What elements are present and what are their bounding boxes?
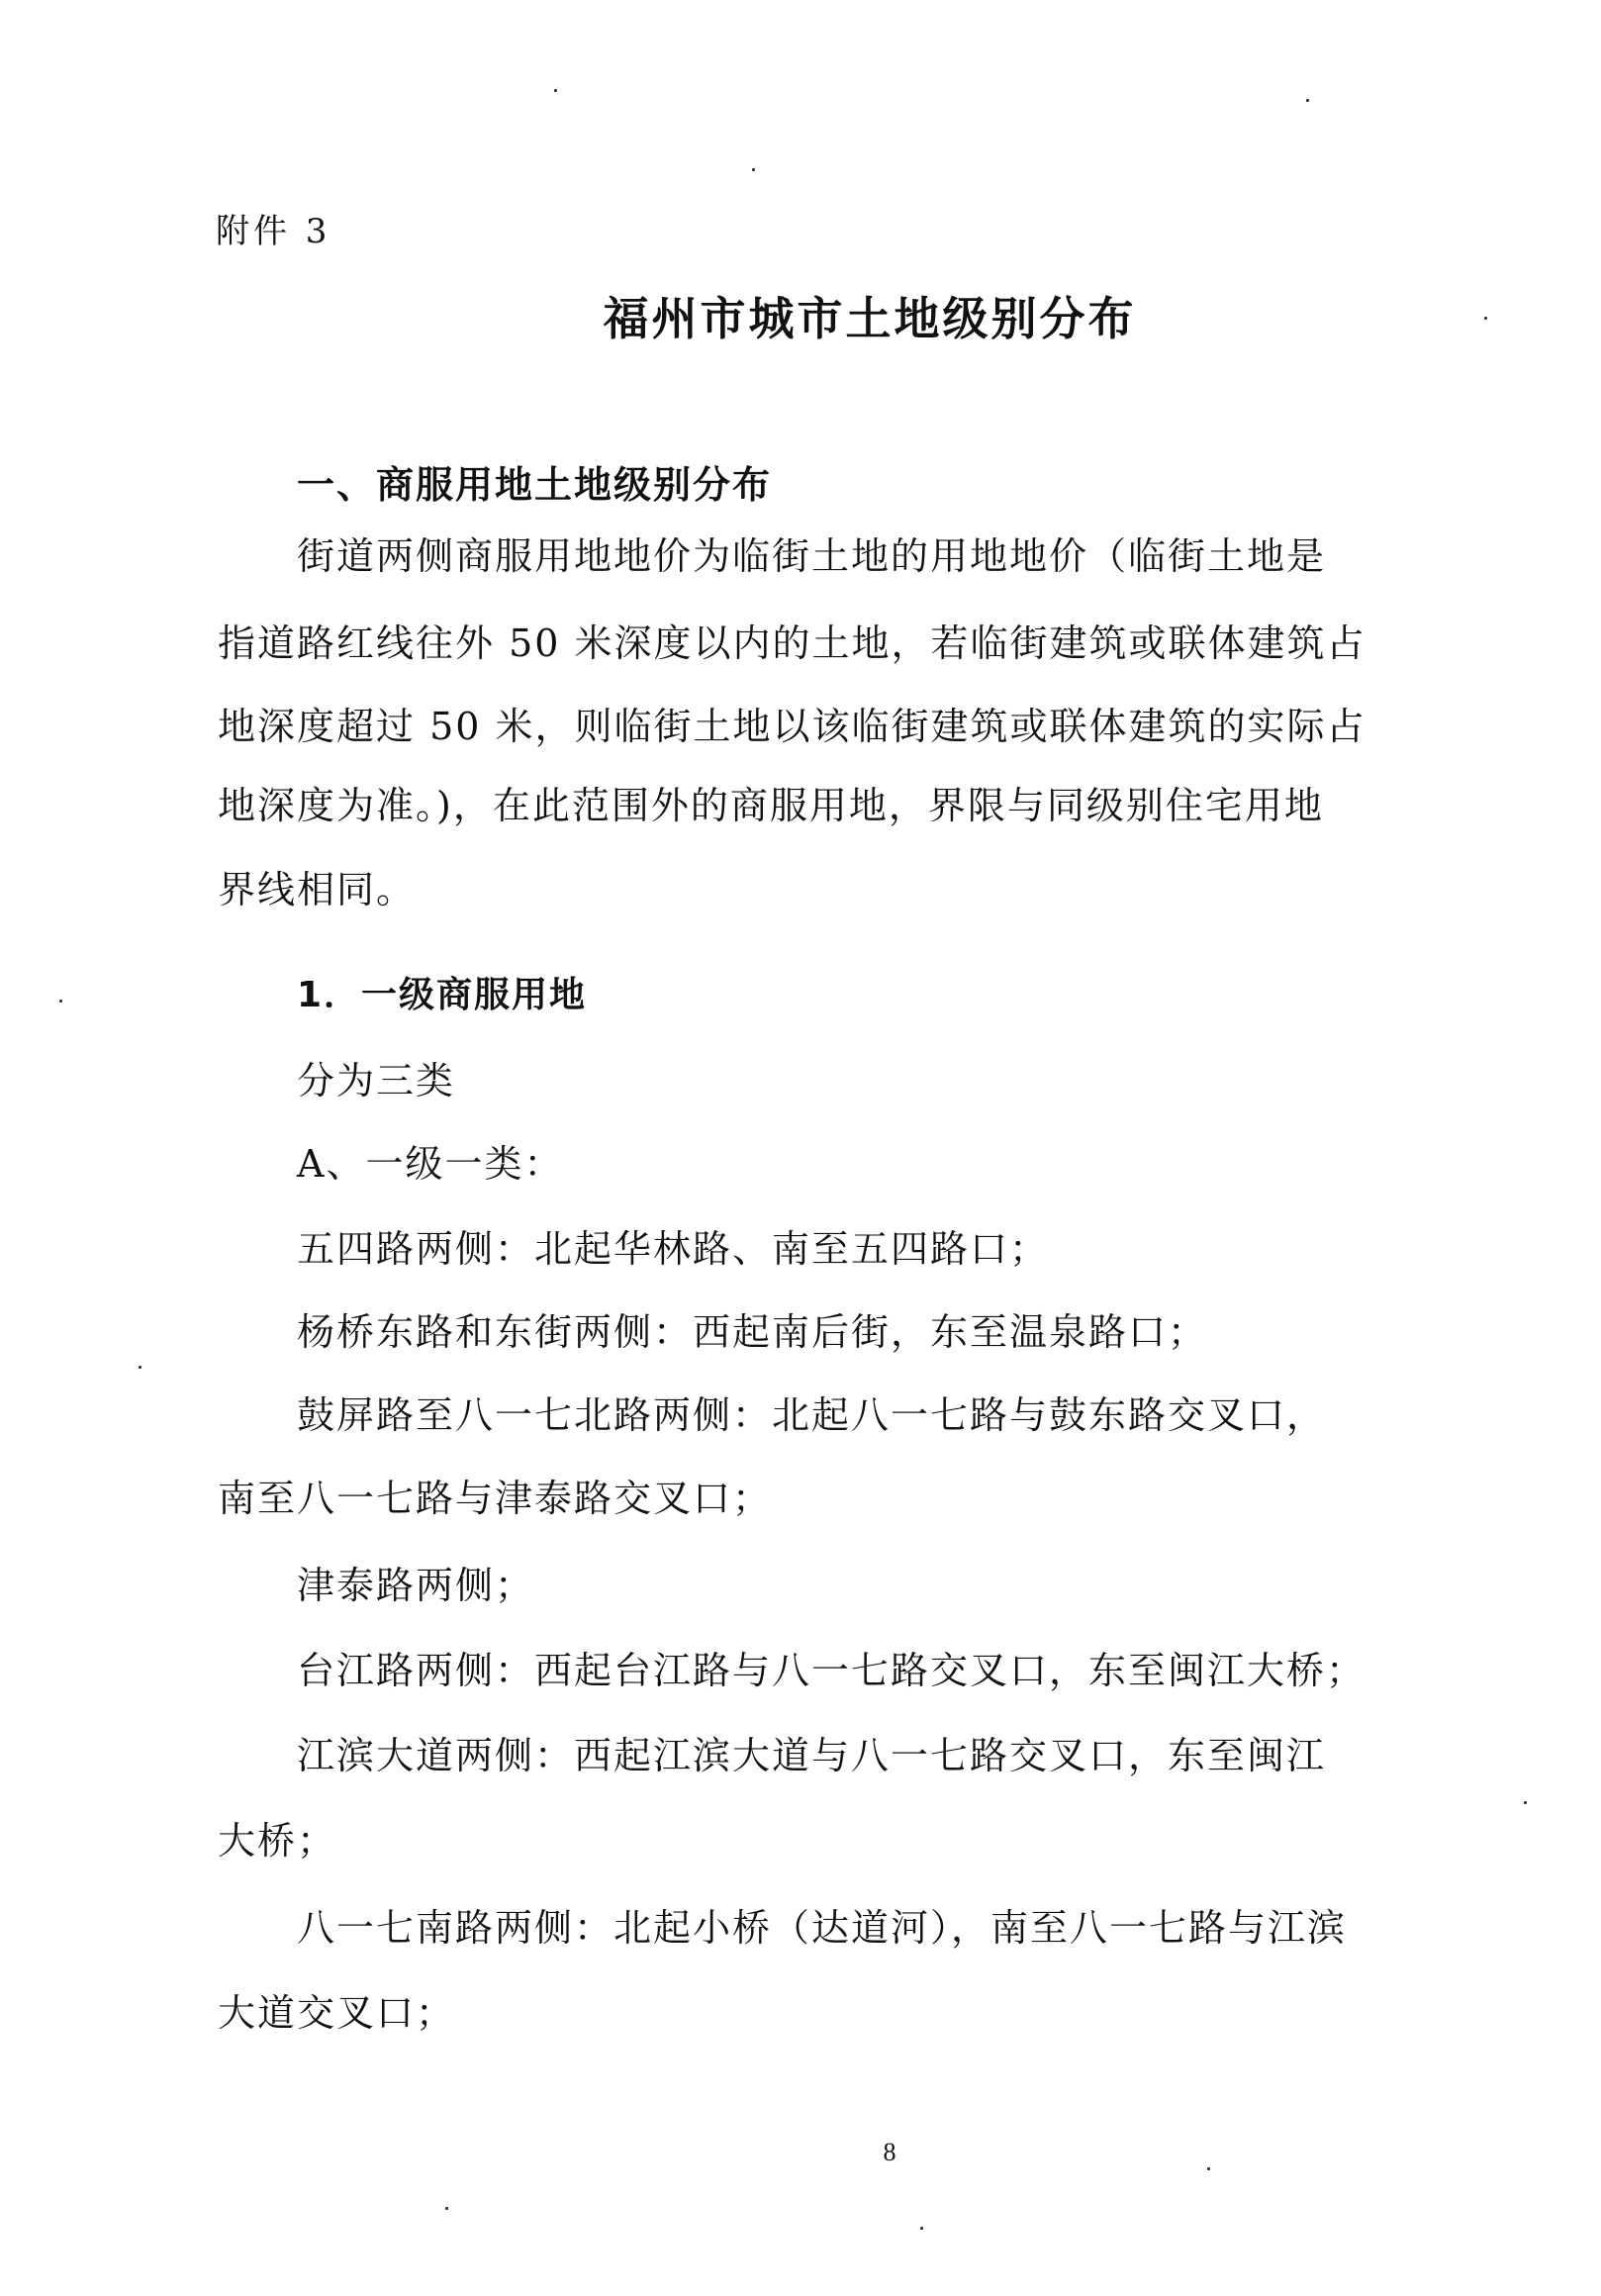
document-title: 福州市城市土地级别分布 (0, 289, 1601, 348)
subsection-heading: 1．一级商服用地 (297, 972, 587, 1019)
paragraph-line: 地深度超过 50 米，则临街土地以该临街建筑或联体建筑的实际占 (218, 703, 1366, 750)
list-item: 江滨大道两侧：西起江滨大道与八一七路交叉口，东至闽江 (297, 1732, 1326, 1779)
list-item: 台江路两侧：西起台江路与八一七路交叉口，东至闽江大桥； (297, 1647, 1366, 1694)
scan-speck (920, 2227, 923, 2230)
paragraph-line: 街道两侧商服用地地价为临街土地的用地地价（临街土地是 (297, 532, 1326, 580)
paragraph-line: 地深度为准。)，在此范围外的商服用地，界限与同级别住宅用地 (218, 782, 1324, 829)
scan-speck (139, 1366, 141, 1369)
subsection-intro: 分为三类 (297, 1057, 455, 1104)
section-heading: 一、商服用地土地级别分布 (297, 461, 772, 509)
list-item-continuation: 南至八一七路与津泰路交叉口； (218, 1475, 772, 1522)
scan-speck (554, 89, 557, 92)
page-number: 8 (0, 2138, 1601, 2167)
list-item-continuation: 大桥； (218, 1817, 336, 1865)
paragraph-line: 界线相同。 (218, 866, 416, 913)
list-item: 五四路两侧：北起华林路、南至五四路口； (297, 1225, 1049, 1273)
list-item-continuation: 大道交叉口； (218, 1989, 455, 2037)
scan-speck (752, 168, 755, 171)
paragraph-line: 指道路红线往外 50 米深度以内的土地，若临街建筑或联体建筑占 (218, 620, 1366, 667)
list-item: 杨桥东路和东街两侧：西起南后街，东至温泉路口； (297, 1308, 1207, 1356)
list-item: 鼓屏路至八一七北路两侧：北起八一七路与鼓东路交叉口， (297, 1391, 1326, 1439)
list-item: 津泰路两侧； (297, 1562, 534, 1609)
list-item: 八一七南路两侧：北起小桥（达道河），南至八一七路与江滨 (297, 1904, 1347, 1952)
attachment-label: 附件 3 (216, 208, 330, 255)
scan-speck (59, 1000, 62, 1003)
document-page: 附件 3 福州市城市土地级别分布 一、商服用地土地级别分布 街道两侧商服用地地价… (0, 0, 1601, 2296)
scan-speck (1484, 317, 1487, 320)
scan-speck (445, 2207, 448, 2210)
scan-speck (1306, 99, 1309, 102)
scan-speck (1524, 1801, 1527, 1804)
category-label: A、一级一类： (297, 1140, 563, 1188)
scan-speck (1207, 2167, 1210, 2170)
